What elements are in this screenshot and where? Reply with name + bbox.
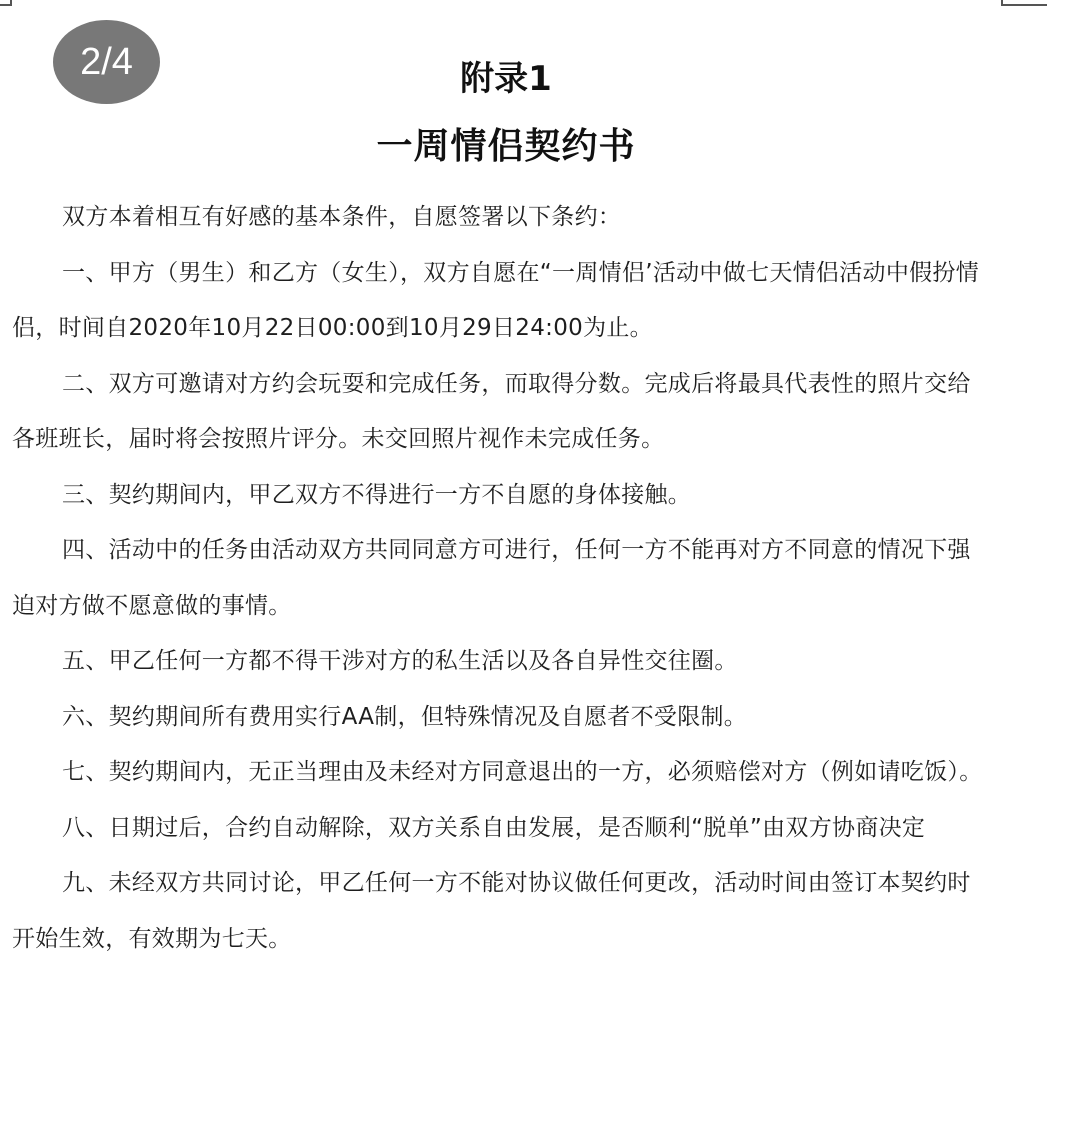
crop-mark-top-left xyxy=(0,0,12,6)
preamble: 双方本着相互有好感的基本条件，自愿签署以下条约： xyxy=(12,190,992,246)
clause-9: 九、未经双方共同讨论，甲乙任何一方不能对协议做任何更改，活动时间由签订本契约时开… xyxy=(12,856,992,967)
clause-8: 八、日期过后，合约自动解除，双方关系自由发展，是否顺利“脱单”由双方协商决定 xyxy=(12,801,992,857)
document-title: 一周情侣契约书 xyxy=(0,124,1012,170)
clause-3: 三、契约期间内，甲乙双方不得进行一方不自愿的身体接触。 xyxy=(12,468,992,524)
clause-4: 四、活动中的任务由活动双方共同同意方可进行，任何一方不能再对方不同意的情况下强迫… xyxy=(12,523,992,634)
clause-6: 六、契约期间所有费用实行AA制，但特殊情况及自愿者不受限制。 xyxy=(12,690,992,746)
clause-7: 七、契约期间内，无正当理由及未经对方同意退出的一方，必须赔偿对方（例如请吃饭）。 xyxy=(12,745,992,801)
clause-1: 一、甲方（男生）和乙方（女生），双方自愿在“一周情侣’活动中做七天情侣活动中假扮… xyxy=(12,246,992,357)
document-body: 双方本着相互有好感的基本条件，自愿签署以下条约： 一、甲方（男生）和乙方（女生）… xyxy=(12,190,992,967)
clause-5: 五、甲乙任何一方都不得干涉对方的私生活以及各自异性交往圈。 xyxy=(12,634,992,690)
crop-mark-top-right xyxy=(1001,0,1047,6)
appendix-title: 附录1 xyxy=(0,58,1012,100)
clause-2: 二、双方可邀请对方约会玩耍和完成任务，而取得分数。完成后将最具代表性的照片交给各… xyxy=(12,357,992,468)
